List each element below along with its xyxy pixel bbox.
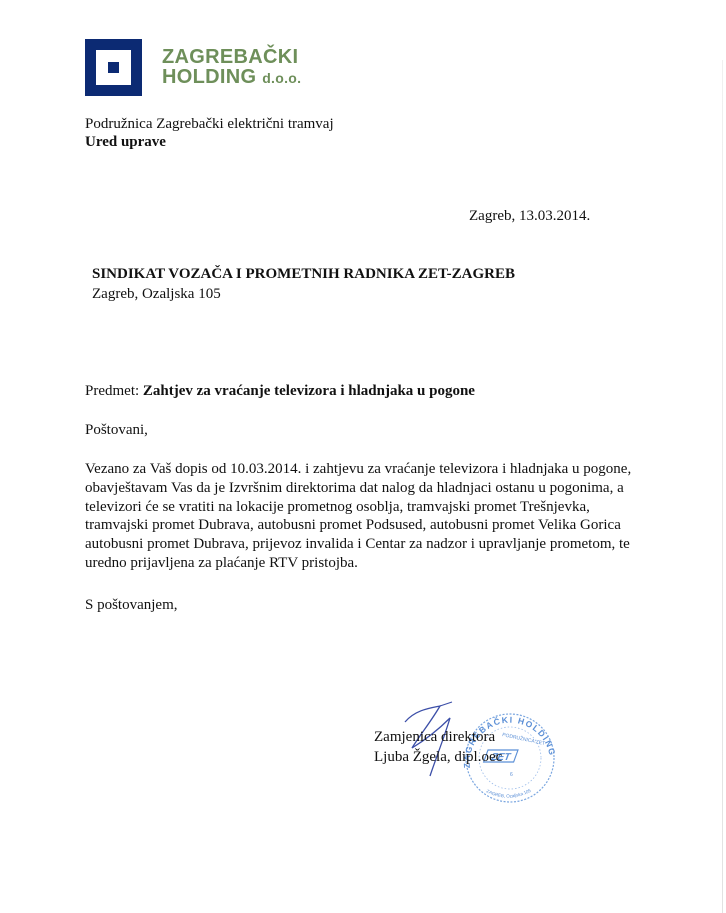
- body-line: televizori će se vratiti na lokacije pro…: [85, 498, 631, 517]
- salutation: Poštovani,: [85, 421, 148, 439]
- signature-block: Zamjenica direktora Ljuba Žgela, dipl.oe…: [374, 727, 502, 767]
- logo-wordmark: ZAGREBAČKI HOLDING d.o.o.: [162, 47, 301, 88]
- company-name-line2: HOLDING: [162, 66, 256, 88]
- company-suffix: d.o.o.: [262, 70, 301, 86]
- signatory-name: Ljuba Žgela, dipl.oec: [374, 747, 502, 767]
- subject-label: Predmet:: [85, 383, 143, 399]
- body-paragraph: Vezano za Vaš dopis od 10.03.2014. i zah…: [85, 460, 631, 573]
- body-line: autobusni promet Dubrava, prijevoz inval…: [85, 535, 631, 554]
- date-line: Zagreb, 13.03.2014.: [469, 207, 590, 225]
- recipient-address: Zagreb, Ozaljska 105: [92, 285, 221, 303]
- body-line: uredno prijavljena za plaćanje RTV prist…: [85, 554, 631, 573]
- branch-name: Podružnica Zagrebački električni tramvaj: [85, 115, 334, 133]
- company-name-line1: ZAGREBAČKI: [162, 47, 301, 67]
- signatory-title: Zamjenica direktora: [374, 727, 502, 747]
- recipient-name: SINDIKAT VOZAČA I PROMETNIH RADNIKA ZET-…: [92, 265, 515, 283]
- company-logo: ZAGREBAČKI HOLDING d.o.o.: [85, 39, 301, 96]
- subject-line: Predmet: Zahtjev za vraćanje televizora …: [85, 382, 475, 400]
- office-name: Ured uprave: [85, 133, 166, 151]
- svg-text:6: 6: [510, 772, 513, 778]
- logo-square-icon: [85, 39, 142, 96]
- body-line: Vezano za Vaš dopis od 10.03.2014. i zah…: [85, 460, 631, 479]
- subject-text: Zahtjev za vraćanje televizora i hladnja…: [143, 383, 475, 399]
- closing: S poštovanjem,: [85, 596, 178, 614]
- page-edge: [722, 60, 723, 913]
- body-line: obavještavam Vas da je Izvršnim direktor…: [85, 479, 631, 498]
- body-line: tramvajski promet Dubrava, autobusni pro…: [85, 516, 631, 535]
